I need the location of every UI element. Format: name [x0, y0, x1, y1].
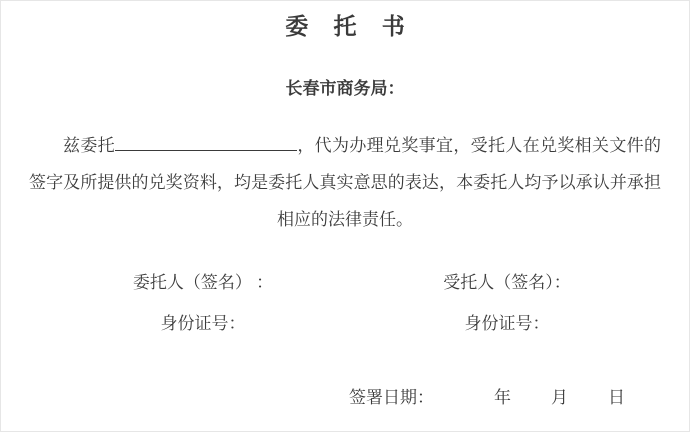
authorization-letter-document: 委托书 长春市商务局： 兹委托，代为办理兑奖事宜，受托人在兑奖相关文件的签字及所…: [0, 0, 690, 432]
delegate-name-blank-line: [115, 134, 297, 151]
agent-id-label: 身份证号：: [465, 312, 550, 336]
recipient-line: 长春市商务局：: [1, 77, 689, 101]
agent-signature-label: 受托人（签名）：: [443, 271, 571, 295]
signing-date-line: 签署日期： 年 月 日: [349, 386, 689, 410]
body-text-before-blank: 兹委托: [63, 136, 115, 155]
id-number-row: 身份证号： 身份证号：: [1, 312, 689, 336]
day-label: 日: [608, 386, 625, 410]
principal-signature-label: 委托人（签名） ：: [133, 271, 273, 295]
signature-row: 委托人（签名） ： 受托人（签名）：: [1, 271, 689, 295]
month-label: 月: [551, 386, 568, 410]
body-paragraph: 兹委托，代为办理兑奖事宜，受托人在兑奖相关文件的签字及所提供的兑奖资料，均是委托…: [29, 127, 661, 238]
date-label: 签署日期：: [349, 386, 434, 410]
year-label: 年: [494, 386, 511, 410]
document-title: 委托书: [1, 14, 689, 39]
principal-id-label: 身份证号：: [161, 312, 246, 336]
